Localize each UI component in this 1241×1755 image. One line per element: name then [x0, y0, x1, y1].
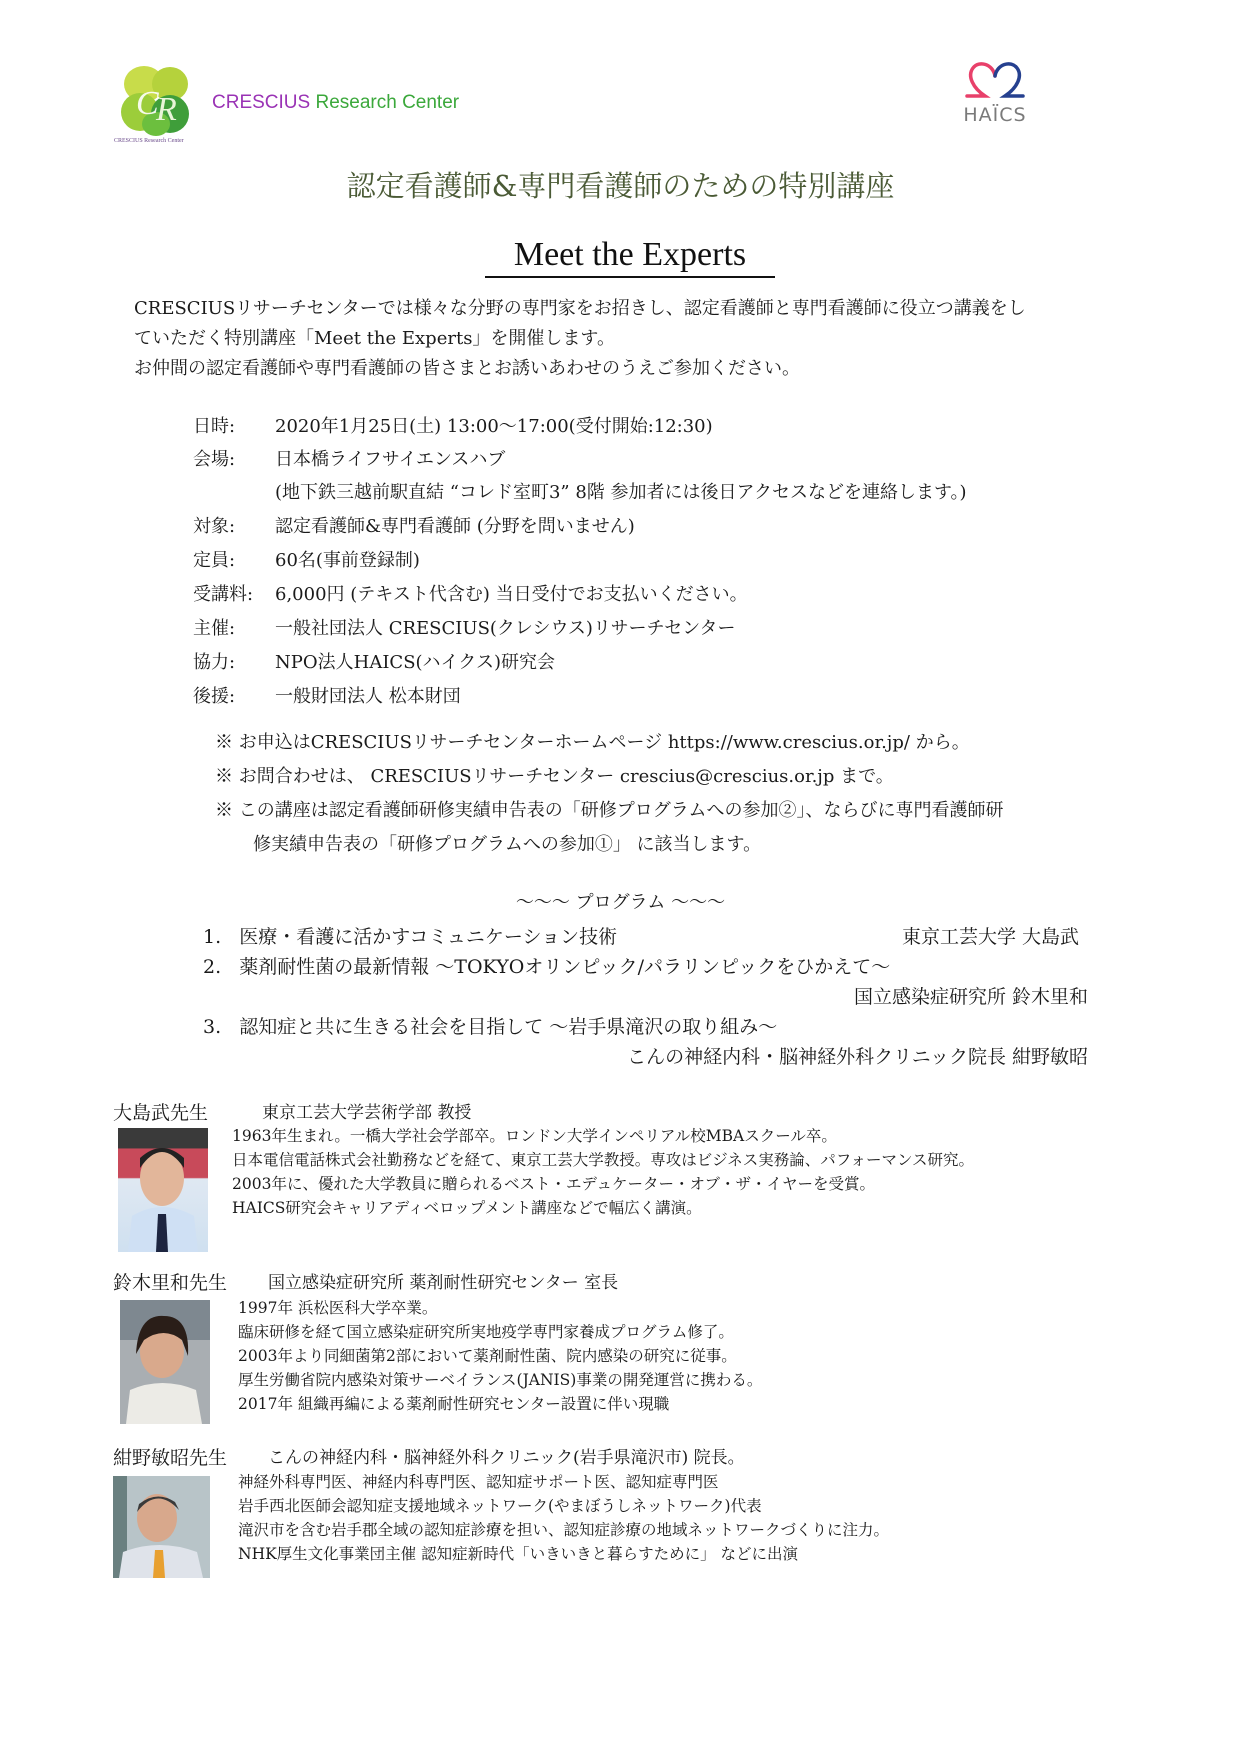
speaker-bio: 1997年 浜松医科大学卒業。 臨床研修を経て国立感染症研究所実地疫学専門家養成… — [238, 1296, 762, 1416]
program-heading: 〜〜〜 プログラム 〜〜〜 — [0, 888, 1241, 914]
program-title: 医療・看護に活かすコミュニケーション技術 — [239, 926, 617, 948]
detail-organizer: 主催:一般社団法人 CRESCIUS(クレシウス)リサーチセンター — [193, 614, 736, 644]
svg-text:R: R — [155, 91, 177, 128]
speaker-name: 紺野敏昭先生 — [113, 1443, 227, 1470]
crescius-clover-logo: C R — [118, 62, 196, 140]
page-title-jp: 認定看護師&専門看護師のための特別講座 — [0, 164, 1241, 205]
program-item-2: 2. 薬剤耐性菌の最新情報 〜TOKYOオリンピック/パラリンピックをひかえて〜 — [203, 952, 890, 979]
intro-line: ていただく特別講座「Meet the Experts」を開催します。 — [134, 324, 1134, 354]
logo-caption: CRESCIUS Research Center — [114, 138, 184, 144]
program-number: 3. — [203, 1016, 221, 1038]
org-name-part1: CRESCIUS — [212, 92, 310, 113]
speaker-name: 大島武先生 — [113, 1098, 208, 1125]
speaker-photo-oshima — [118, 1128, 208, 1252]
program-speaker-1: 東京工芸大学 大島武 — [902, 922, 1079, 949]
intro-line: CRESCIUSリサーチセンターでは様々な分野の専門家をお招きし、認定看護師と専… — [134, 294, 1134, 324]
haics-logo: HAÏCS — [955, 58, 1035, 133]
speaker-photo-suzuki — [120, 1300, 210, 1424]
program-item-3: 3. 認知症と共に生きる社会を目指して 〜岩手県滝沢の取り組み〜 — [203, 1012, 777, 1039]
reference-mark-icon: ※ — [215, 732, 233, 753]
program-speaker-3: こんの神経内科・脳神経外科クリニック院長 紺野敏昭 — [627, 1042, 1088, 1069]
reference-mark-icon: ※ — [215, 800, 233, 821]
detail-fee: 受講料:6,000円 (テキスト代含む) 当日受付でお支払いください。 — [193, 580, 748, 610]
speaker-name: 鈴木里和先生 — [113, 1268, 227, 1295]
speaker-affiliation: 東京工芸大学芸術学部 教授 — [262, 1098, 471, 1123]
intro-line: お仲間の認定看護師や専門看護師の皆さまとお誘いあわせのうえご参加ください。 — [134, 354, 1134, 384]
haics-logo-text: HAÏCS — [955, 104, 1035, 126]
program-number: 2. — [203, 956, 221, 978]
note-credit-cont: 修実績申告表の「研修プログラムへの参加①」 に該当します。 — [253, 830, 761, 856]
detail-cooperation: 協力:NPO法人HAICS(ハイクス)研究会 — [193, 648, 555, 678]
reference-mark-icon: ※ — [215, 766, 233, 787]
speaker-photo-konno — [113, 1476, 210, 1578]
detail-venue-access: (地下鉄三越前駅直結 “コレド室町3” 8階 参加者には後日アクセスなどを連絡し… — [193, 478, 967, 508]
detail-venue: 会場:日本橋ライフサイエンスハブ — [193, 445, 505, 475]
program-item-1: 1. 医療・看護に活かすコミュニケーション技術 — [203, 922, 617, 949]
detail-capacity: 定員:60名(事前登録制) — [193, 546, 420, 576]
program-title: 薬剤耐性菌の最新情報 〜TOKYOオリンピック/パラリンピックをひかえて〜 — [239, 956, 890, 978]
note-application: ※ お申込はCRESCIUSリサーチセンターホームページ https://www… — [215, 728, 970, 754]
speaker-bio: 神経外科専門医、神経内科専門医、認知症サポート医、認知症専門医 岩手西北医師会認… — [238, 1470, 889, 1566]
detail-sponsor: 後援:一般財団法人 松本財団 — [193, 682, 461, 712]
speaker-affiliation: こんの神経内科・脳神経外科クリニック(岩手県滝沢市) 院長。 — [268, 1443, 745, 1468]
org-name: CRESCIUS Research Center — [212, 92, 459, 114]
speaker-bio: 1963年生まれ。一橋大学社会学部卒。ロンドン大学インペリアル校MBAスクール卒… — [232, 1124, 974, 1220]
intro-paragraph: CRESCIUSリサーチセンターでは様々な分野の専門家をお招きし、認定看護師と専… — [134, 294, 1134, 384]
program-speaker-2: 国立感染症研究所 鈴木里和 — [854, 982, 1088, 1009]
program-title: 認知症と共に生きる社会を目指して 〜岩手県滝沢の取り組み〜 — [239, 1016, 777, 1038]
note-credit: ※ この講座は認定看護師研修実績申告表の「研修プログラムへの参加②」、ならびに専… — [215, 796, 1004, 822]
heart-icon — [963, 58, 1027, 104]
page-title-en: Meet the Experts — [485, 236, 775, 278]
program-number: 1. — [203, 926, 221, 948]
note-inquiry: ※ お問合わせは、 CRESCIUSリサーチセンター crescius@cres… — [215, 762, 894, 788]
org-name-part2: Research Center — [315, 92, 459, 113]
detail-target: 対象:認定看護師&専門看護師 (分野を問いません) — [193, 512, 635, 542]
detail-datetime: 日時:2020年1月25日(土) 13:00〜17:00(受付開始:12:30) — [193, 412, 713, 442]
speaker-affiliation: 国立感染症研究所 薬剤耐性研究センター 室長 — [268, 1268, 618, 1293]
